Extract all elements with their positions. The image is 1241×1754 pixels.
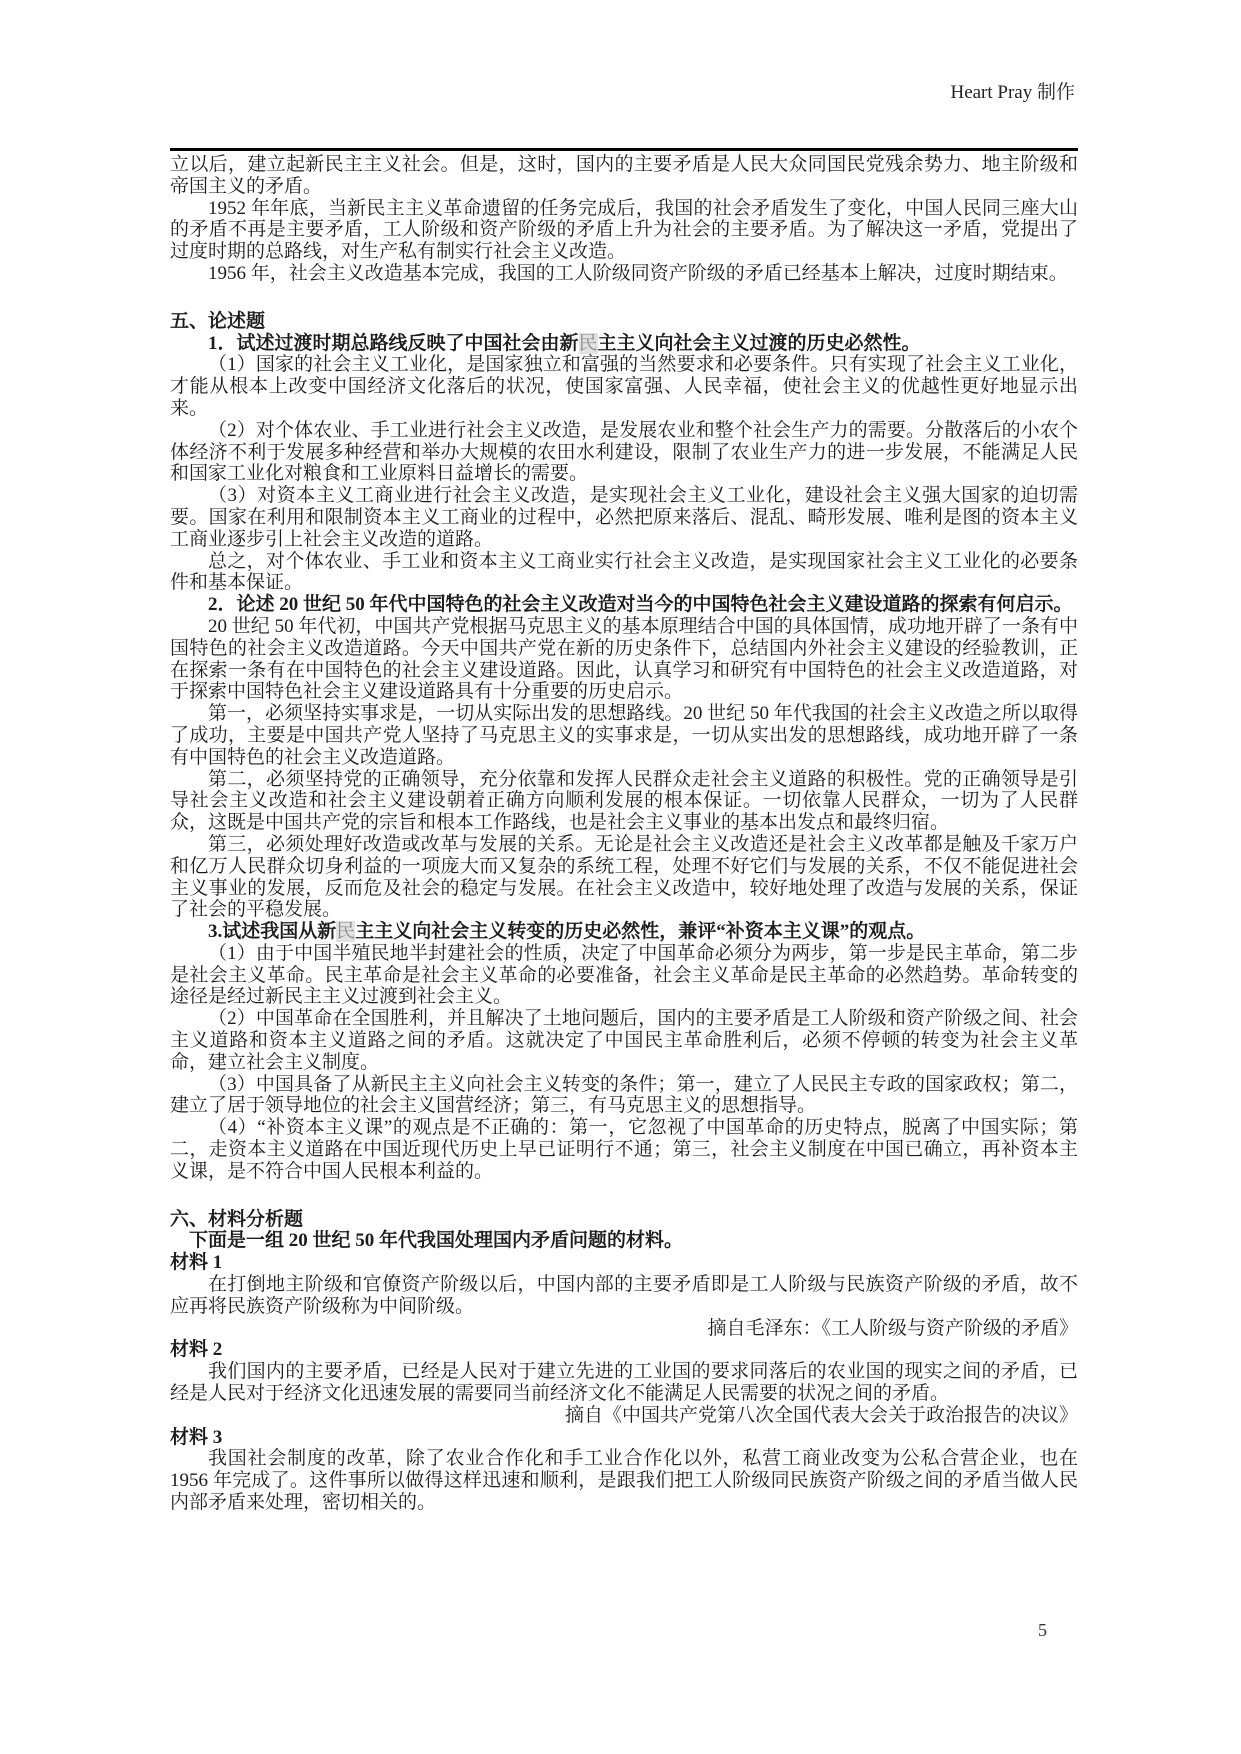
question-3-point-3: （3）中国具备了从新民主主义向社会主义转变的条件；第一，建立了人民民主专政的国家… (170, 1074, 1078, 1118)
question-2-point-2: 第二，必须坚持党的正确领导，充分依靠和发挥人民群众走社会主义道路的积极性。党的正… (170, 769, 1078, 834)
question-1-title-post: 主主义向社会主义过渡的历史必然性。 (598, 333, 921, 354)
material-1-title: 材料 1 (170, 1252, 1078, 1274)
material-2-body: 我们国内的主要矛盾，已经是人民对于建立先进的工业国的要求同落后的农业国的现实之间… (170, 1361, 1078, 1405)
section-6-title: 六、材料分析题 (170, 1209, 1078, 1231)
material-1-body: 在打倒地主阶级和官僚资产阶级以后，中国内部的主要矛盾即是工人阶级与民族资产阶级的… (170, 1274, 1078, 1318)
page-number: 5 (1038, 1620, 1047, 1641)
question-1-point-3: （3）对资本主义工商业进行社会主义改造，是实现社会主义工业化，建设社会主义强大国… (170, 485, 1078, 550)
document-page: Heart Pray 制作 立以后，建立起新民主主义社会。但是，这时，国内的主要… (0, 0, 1241, 1754)
question-3-title-pre: 3.试述我国从新 (208, 921, 336, 942)
header-credit: Heart Pray 制作 (950, 82, 1075, 104)
paragraph-1952: 1952 年年底，当新民主主义革命遗留的任务完成后，我国的社会矛盾发生了变化，中… (170, 198, 1078, 263)
question-1-point-1: （1）国家的社会主义工业化，是国家独立和富强的当然要求和必要条件。只有实现了社会… (170, 354, 1078, 419)
section-6-intro: 下面是一组 20 世纪 50 年代我国处理国内矛盾问题的材料。 (170, 1230, 1078, 1252)
material-1-source: 摘自毛泽东：《工人阶级与资产阶级的矛盾》 (170, 1318, 1078, 1340)
question-2-intro: 20 世纪 50 年代初，中国共产党根据马克思主义的基本原理结合中国的具体国情，… (170, 616, 1078, 703)
question-1-title-pre: 1．试述过渡时期总路线反映了中国社会由新 (208, 333, 579, 354)
question-2-point-1: 第一，必须坚持实事求是，一切从实际出发的思想路线。20 世纪 50 年代我国的社… (170, 703, 1078, 768)
question-1-title: 1．试述过渡时期总路线反映了中国社会由新民主主义向社会主义过渡的历史必然性。 (170, 333, 1078, 355)
question-3-title: 3.试述我国从新民主主义向社会主义转变的历史必然性，兼评“补资本主义课”的观点。 (170, 921, 1078, 943)
material-3-body: 我国社会制度的改革，除了农业合作化和手工业合作化以外，私营工商业改变为公私合营企… (170, 1448, 1078, 1513)
paragraph-continuation: 立以后，建立起新民主主义社会。但是，这时，国内的主要矛盾是人民大众同国民党残余势… (170, 154, 1078, 198)
question-1-summary: 总之，对个体农业、手工业和资本主义工商业实行社会主义改造，是实现国家社会主义工业… (170, 551, 1078, 595)
material-3-title: 材料 3 (170, 1427, 1078, 1449)
material-2-source: 摘自《中国共产党第八次全国代表大会关于政治报告的决议》 (170, 1405, 1078, 1427)
material-2-title: 材料 2 (170, 1339, 1078, 1361)
question-3-point-2: （2）中国革命在全国胜利，并且解决了土地问题后，国内的主要矛盾是工人阶级和资产阶… (170, 1008, 1078, 1073)
page-body: 立以后，建立起新民主主义社会。但是，这时，国内的主要矛盾是人民大众同国民党残余势… (170, 148, 1078, 1514)
highlighted-char-min-3: 民 (336, 921, 355, 942)
question-1-point-2: （2）对个体农业、手工业进行社会主义改造，是发展农业和整个社会生产力的需要。分散… (170, 420, 1078, 485)
question-2-title: 2．论述 20 世纪 50 年代中国特色的社会主义改造对当今的中国特色社会主义建… (170, 594, 1078, 616)
section-5-title: 五、论述题 (170, 311, 1078, 333)
paragraph-1956: 1956 年，社会主义改造基本完成，我国的工人阶级同资产阶级的矛盾已经基本上解决… (170, 263, 1078, 285)
question-3-point-1: （1）由于中国半殖民地半封建社会的性质，决定了中国革命必须分为两步，第一步是民主… (170, 943, 1078, 1008)
question-3-point-4: （4）“补资本主义课”的观点是不正确的：第一，它忽视了中国革命的历史特点，脱离了… (170, 1117, 1078, 1182)
question-2-point-3: 第三，必须处理好改造或改革与发展的关系。无论是社会主义改造还是社会主义改革都是触… (170, 834, 1078, 921)
question-3-title-post: 主主义向社会主义转变的历史必然性，兼评“补资本主义课”的观点。 (355, 921, 925, 942)
highlighted-char-min-1: 民 (579, 333, 598, 354)
